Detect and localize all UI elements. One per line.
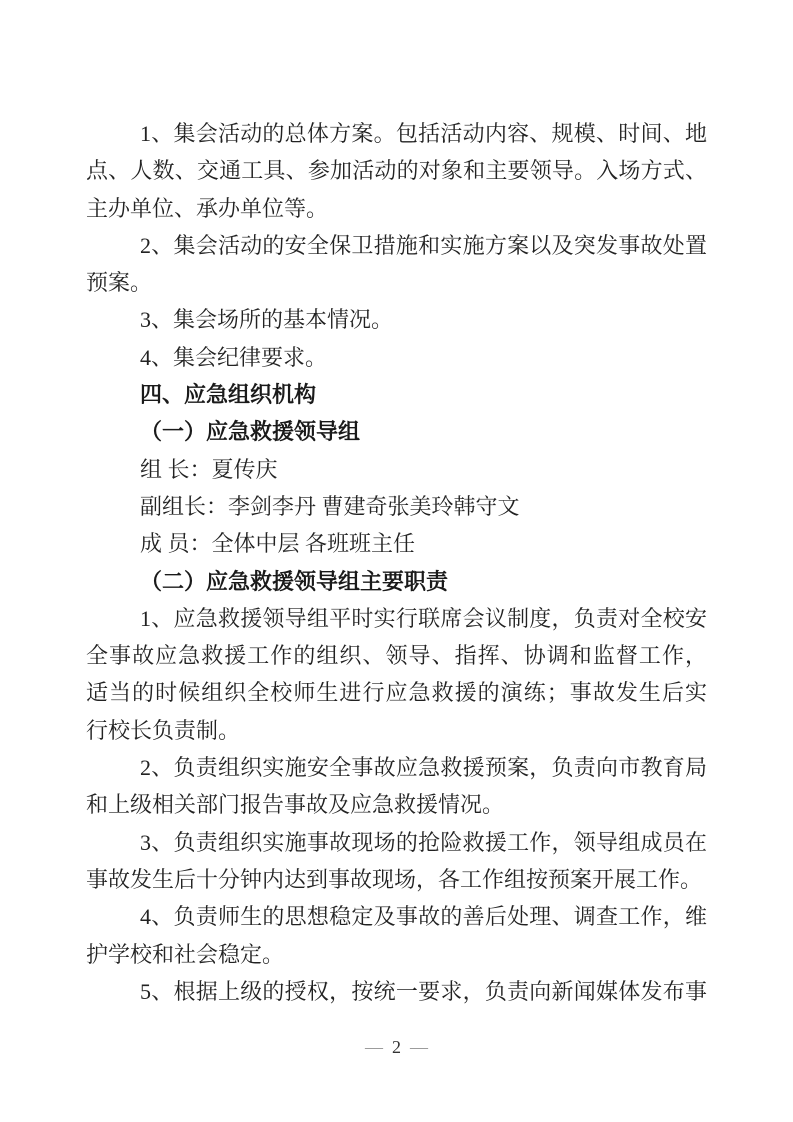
- text-line: 预案。: [86, 264, 707, 301]
- heading-line: （二）应急救援领导组主要职责: [86, 563, 707, 600]
- text-line: 4、集会纪律要求。: [86, 339, 707, 376]
- footer-dash-right: —: [410, 1037, 428, 1057]
- text-line: 2、集会活动的安全保卫措施和实施方案以及突发事故处置: [86, 227, 707, 264]
- text-line: 全事故应急救援工作的组织、领导、指挥、协调和监督工作，: [86, 637, 707, 674]
- text-line: 成 员：全体中层 各班班主任: [86, 525, 707, 562]
- heading-line: （一）应急救援领导组: [86, 413, 707, 450]
- text-line: 4、负责师生的思想稳定及事故的善后处理、调查工作，维: [86, 898, 707, 935]
- text-line: 副组长：李剑李丹 曹建奇张美玲韩守文: [86, 488, 707, 525]
- text-line: 5、根据上级的授权，按统一要求，负责向新闻媒体发布事: [86, 973, 707, 1010]
- document-lines: 1、集会活动的总体方案。包括活动内容、规模、时间、地点、人数、交通工具、参加活动…: [86, 115, 707, 1010]
- text-line: 主办单位、承办单位等。: [86, 190, 707, 227]
- text-line: 3、集会场所的基本情况。: [86, 301, 707, 338]
- heading-line: 四、应急组织机构: [86, 376, 707, 413]
- text-line: 行校长负责制。: [86, 712, 707, 749]
- text-line: 2、负责组织实施安全事故应急救援预案，负责向市教育局: [86, 749, 707, 786]
- page-number: 2: [392, 1037, 401, 1057]
- text-line: 事故发生后十分钟内达到事故现场，各工作组按预案开展工作。: [86, 861, 707, 898]
- page-footer: —2—: [0, 1036, 793, 1058]
- text-line: 组 长：夏传庆: [86, 451, 707, 488]
- text-line: 适当的时候组织全校师生进行应急救援的演练；事故发生后实: [86, 674, 707, 711]
- text-line: 3、负责组织实施事故现场的抢险救援工作，领导组成员在: [86, 824, 707, 861]
- text-line: 1、应急救援领导组平时实行联席会议制度，负责对全校安: [86, 600, 707, 637]
- document-page: 1、集会活动的总体方案。包括活动内容、规模、时间、地点、人数、交通工具、参加活动…: [0, 0, 793, 1122]
- text-line: 1、集会活动的总体方案。包括活动内容、规模、时间、地: [86, 115, 707, 152]
- text-line: 护学校和社会稳定。: [86, 936, 707, 973]
- text-line: 和上级相关部门报告事故及应急救援情况。: [86, 786, 707, 823]
- footer-dash-left: —: [365, 1037, 383, 1057]
- text-line: 点、人数、交通工具、参加活动的对象和主要领导。入场方式、: [86, 152, 707, 189]
